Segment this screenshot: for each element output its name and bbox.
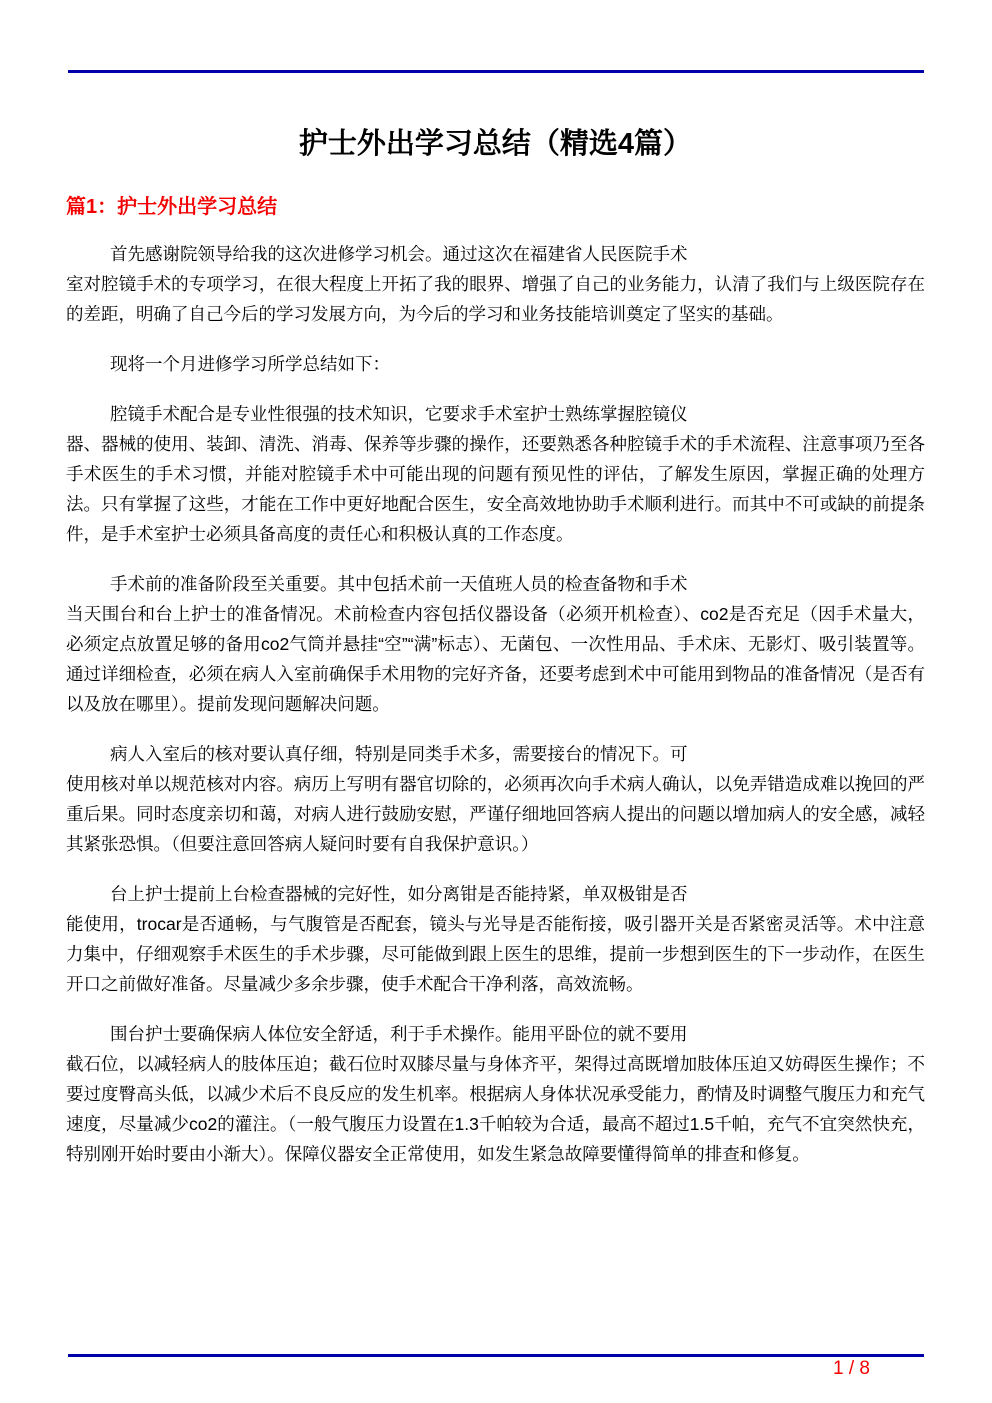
- paragraph-7: 围台护士要确保病人体位安全舒适，利于手术操作。能用平卧位的就不要用 截石位，以减…: [66, 1019, 925, 1169]
- document-page: 护士外出学习总结（精选4篇） 篇1：护士外出学习总结 首先感谢院领导给我的这次进…: [0, 0, 992, 1403]
- document-content: 护士外出学习总结（精选4篇） 篇1：护士外出学习总结 首先感谢院领导给我的这次进…: [0, 0, 992, 1169]
- section-1-heading: 篇1：护士外出学习总结: [66, 195, 925, 219]
- paragraph-1: 首先感谢院领导给我的这次进修学习机会。通过这次在福建省人民医院手术 室对腔镜手术…: [66, 239, 925, 329]
- header-rule: [68, 70, 924, 73]
- page-number: 1 / 8: [833, 1358, 870, 1380]
- paragraph-2: 现将一个月进修学习所学总结如下：: [66, 349, 925, 379]
- paragraph-4: 手术前的准备阶段至关重要。其中包括术前一天值班人员的检查备物和手术 当天围台和台…: [66, 569, 925, 719]
- document-title: 护士外出学习总结（精选4篇）: [66, 126, 925, 162]
- paragraph-6: 台上护士提前上台检查器械的完好性，如分离钳是否能持紧，单双极钳是否 能使用，tr…: [66, 879, 925, 999]
- footer-rule: [68, 1354, 924, 1357]
- paragraph-5: 病人入室后的核对要认真仔细，特别是同类手术多，需要接台的情况下。可 使用核对单以…: [66, 739, 925, 859]
- paragraph-3: 腔镜手术配合是专业性很强的技术知识，它要求手术室护士熟练掌握腔镜仪 器、器械的使…: [66, 399, 925, 549]
